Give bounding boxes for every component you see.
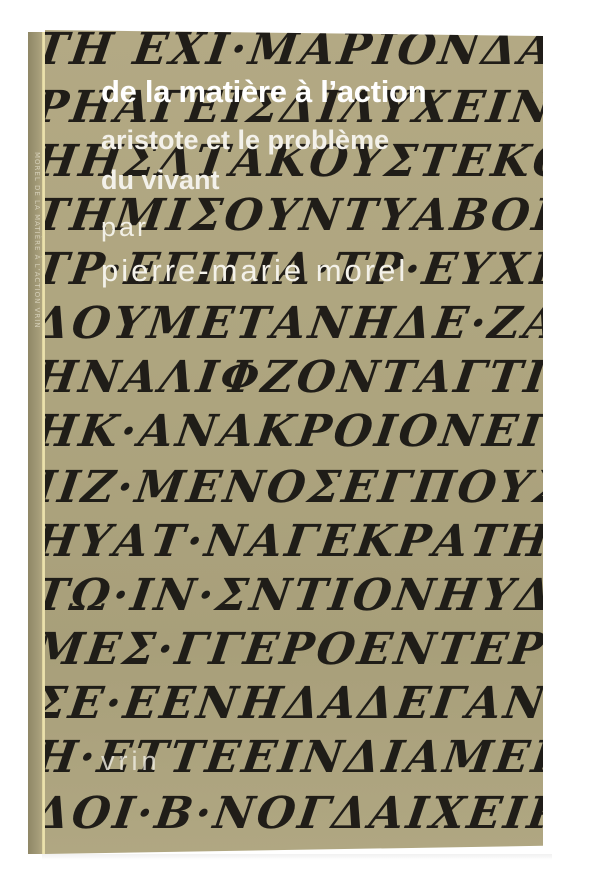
manuscript-line: ΙΙΖ·ΜΕΝΟΣΕΓΠΟΥΣΦΕΥΓ bbox=[45, 462, 543, 513]
manuscript-line: ΗΚ·ΑΝΑΚΡΟΙΟΝΕΓΥ bbox=[45, 406, 543, 457]
spine-edge-highlight bbox=[42, 32, 45, 854]
manuscript-line: ΣΕ·ΕΕΝΗΔΑΔΕΓΑΝΗΡ bbox=[45, 678, 543, 729]
manuscript-line: ΔΟΙ·Β·ΝΟΓΔΑΙΧΕΙΡΑΓΑΙ bbox=[45, 788, 543, 839]
author-prefix: par bbox=[101, 212, 149, 243]
publisher-name: vrin bbox=[101, 746, 161, 777]
book-shadow bbox=[42, 854, 552, 860]
book-spine: MOREL DE LA MATIÈRE À L’ACTION VRIN bbox=[28, 32, 45, 854]
manuscript-line: ΗΝΑΛΙΦΖΟΝΤΑΓΤΙΧΑΔΑ· bbox=[45, 352, 543, 403]
manuscript-line: ΗΥΑΤ·ΝΑΓΕΚΡΑΤΗΡΟΝ· bbox=[45, 516, 543, 567]
book-cover-3d: MOREL DE LA MATIÈRE À L’ACTION VRIN ΤΗ Ε… bbox=[28, 30, 544, 854]
author-name: pierre-marie morel bbox=[101, 253, 408, 289]
manuscript-line: ΤΗ ΕΧΙ·ΜΑΡΙΟΝΔΑΤΕΧΡΟΡΑΓ bbox=[45, 30, 543, 75]
book-subtitle-line-2: du vivant bbox=[101, 163, 220, 197]
manuscript-line: ΜΕΣ·ΓΓΕΡΟΕΝΤΕΡΟΙΣΤΟ bbox=[45, 624, 543, 675]
book-title: de la matière à l’action bbox=[101, 74, 426, 110]
book-subtitle-line-1: aristote et le problème bbox=[101, 123, 389, 157]
spine-text: MOREL DE LA MATIÈRE À L’ACTION VRIN bbox=[31, 152, 41, 329]
front-cover: ΤΗ ΕΧΙ·ΜΑΡΙΟΝΔΑΤΕΧΡΟΡΑΓ ΡΗΑΓΕΙΣΔΙΛΥΧΕΙΝΑ… bbox=[45, 30, 543, 854]
manuscript-line: ΔΟΥΜΕΤΑΝΗΔΕ·ΖΑΥΛΕ bbox=[45, 298, 543, 349]
manuscript-line: ΤΩ·ΙΝ·ΣΝΤΙΟΝΗΥΔΑ bbox=[45, 570, 543, 621]
